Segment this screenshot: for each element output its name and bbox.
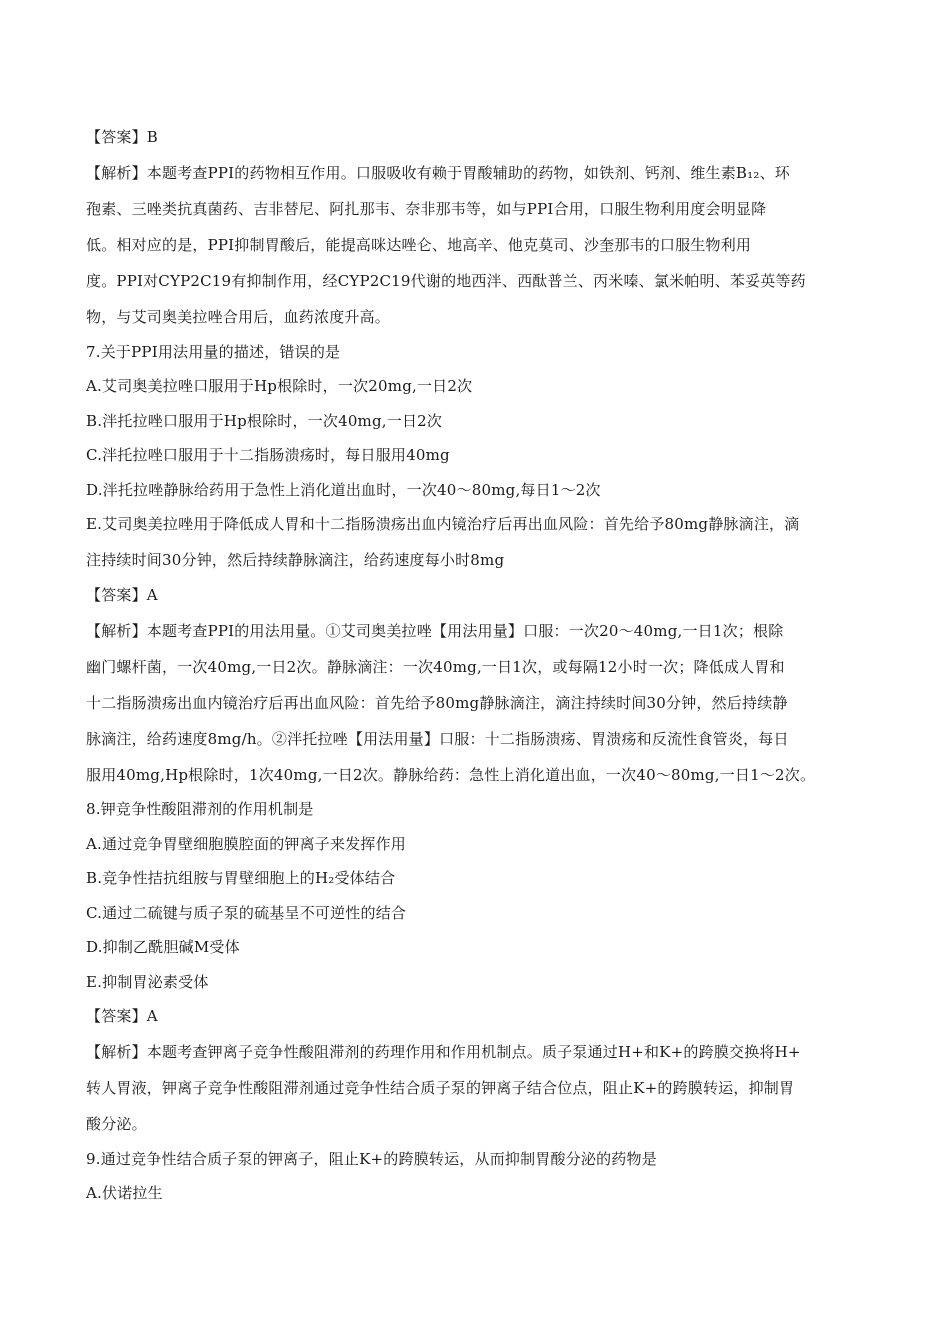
analysis-line: 低。相对应的是，PPI抑制胃酸后，能提高咪达唑仑、地高辛、他克莫司、沙奎那韦的口… — [86, 232, 870, 268]
question-stem: 7.关于PPI用法用量的描述，错误的是 — [86, 339, 870, 374]
analysis-paragraph: 【解析】本题考查PPI的用法用量。①艾司奥美拉唑【用法用量】口服：一次20～40… — [86, 618, 870, 797]
analysis-line: 转人胃液，钾离子竞争性酸阻滞剂通过竞争性结合质子泵的钾离子结合位点，阻止K+的跨… — [86, 1075, 870, 1111]
option-a: A.伏诺拉生 — [86, 1180, 870, 1215]
option-e: E.艾司奥美拉唑用于降低成人胃和十二指肠溃疡出血内镜治疗后再出血风险：首先给予8… — [86, 511, 870, 547]
analysis-paragraph: 【解析】本题考查PPI的药物相互作用。口服吸收有赖于胃酸辅助的药物，如铁剂、钙剂… — [86, 160, 870, 339]
option-e: E.抑制胃泌素受体 — [86, 969, 870, 1004]
answer-line: 【答案】B — [86, 124, 870, 160]
analysis-line: 物，与艾司奥美拉唑合用后，血药浓度升高。 — [86, 304, 870, 339]
option-e-continued: 注持续时间30分钟，然后持续静脉滴注，给药速度每小时8mg — [86, 547, 870, 582]
analysis-line: 孢素、三唑类抗真菌药、吉非替尼、阿扎那韦、奈非那韦等，如与PPI合用，口服生物利… — [86, 196, 870, 232]
question-stem: 8.钾竞争性酸阻滞剂的作用机制是 — [86, 796, 870, 831]
option-d: D.泮托拉唑静脉给药用于急性上消化道出血时，一次40～80mg,每日1～2次 — [86, 477, 870, 512]
option-c: C.泮托拉唑口服用于十二指肠溃疡时，每日服用40mg — [86, 442, 870, 477]
analysis-line: 【解析】本题考查PPI的用法用量。①艾司奥美拉唑【用法用量】口服：一次20～40… — [86, 618, 870, 654]
analysis-line: 幽门螺杆菌，一次40mg,一日2次。静脉滴注：一次40mg,一日1次，或每隔12… — [86, 654, 870, 690]
question-9: 9.通过竞争性结合质子泵的钾离子，阻止K+的跨膜转运，从而抑制胃酸分泌的药物是 … — [86, 1146, 870, 1215]
analysis-line: 度。PPI对CYP2C19有抑制作用，经CYP2C19代谢的地西泮、西酞普兰、丙… — [86, 268, 870, 304]
question-8: 8.钾竞争性酸阻滞剂的作用机制是 A.通过竞争胃壁细胞膜腔面的钾离子来发挥作用 … — [86, 796, 870, 1003]
option-a: A.通过竞争胃壁细胞膜腔面的钾离子来发挥作用 — [86, 831, 870, 866]
analysis-line: 脉滴注，给药速度8mg/h。②泮托拉唑【用法用量】口服：十二指肠溃疡、胃溃疡和反… — [86, 726, 870, 762]
analysis-line: 酸分泌。 — [86, 1111, 870, 1146]
question-7: 7.关于PPI用法用量的描述，错误的是 A.艾司奥美拉唑口服用于Hp根除时，一次… — [86, 339, 870, 582]
option-d: D.抑制乙酰胆碱M受体 — [86, 934, 870, 969]
option-b: B.泮托拉唑口服用于Hp根除时，一次40mg,一日2次 — [86, 408, 870, 443]
answer-line: 【答案】A — [86, 582, 870, 618]
option-b: B.竞争性拮抗组胺与胃壁细胞上的H₂受体结合 — [86, 865, 870, 900]
question-stem: 9.通过竞争性结合质子泵的钾离子，阻止K+的跨膜转运，从而抑制胃酸分泌的药物是 — [86, 1146, 870, 1181]
analysis-paragraph: 【解析】本题考查钾离子竞争性酸阻滞剂的药理作用和作用机制点。质子泵通过H+和K+… — [86, 1039, 870, 1146]
analysis-line: 服用40mg,Hp根除时，1次40mg,一日2次。静脉给药：急性上消化道出血，一… — [86, 762, 870, 797]
document-page: 【答案】B 【解析】本题考查PPI的药物相互作用。口服吸收有赖于胃酸辅助的药物，… — [86, 124, 870, 1215]
answer-line: 【答案】A — [86, 1003, 870, 1039]
analysis-line: 【解析】本题考查PPI的药物相互作用。口服吸收有赖于胃酸辅助的药物，如铁剂、钙剂… — [86, 160, 870, 196]
analysis-line: 【解析】本题考查钾离子竞争性酸阻滞剂的药理作用和作用机制点。质子泵通过H+和K+… — [86, 1039, 870, 1075]
option-a: A.艾司奥美拉唑口服用于Hp根除时，一次20mg,一日2次 — [86, 373, 870, 408]
analysis-line: 十二指肠溃疡出血内镜治疗后再出血风险：首先给予80mg静脉滴注，滴注持续时间30… — [86, 690, 870, 726]
option-c: C.通过二硫键与质子泵的硫基呈不可逆性的结合 — [86, 900, 870, 935]
